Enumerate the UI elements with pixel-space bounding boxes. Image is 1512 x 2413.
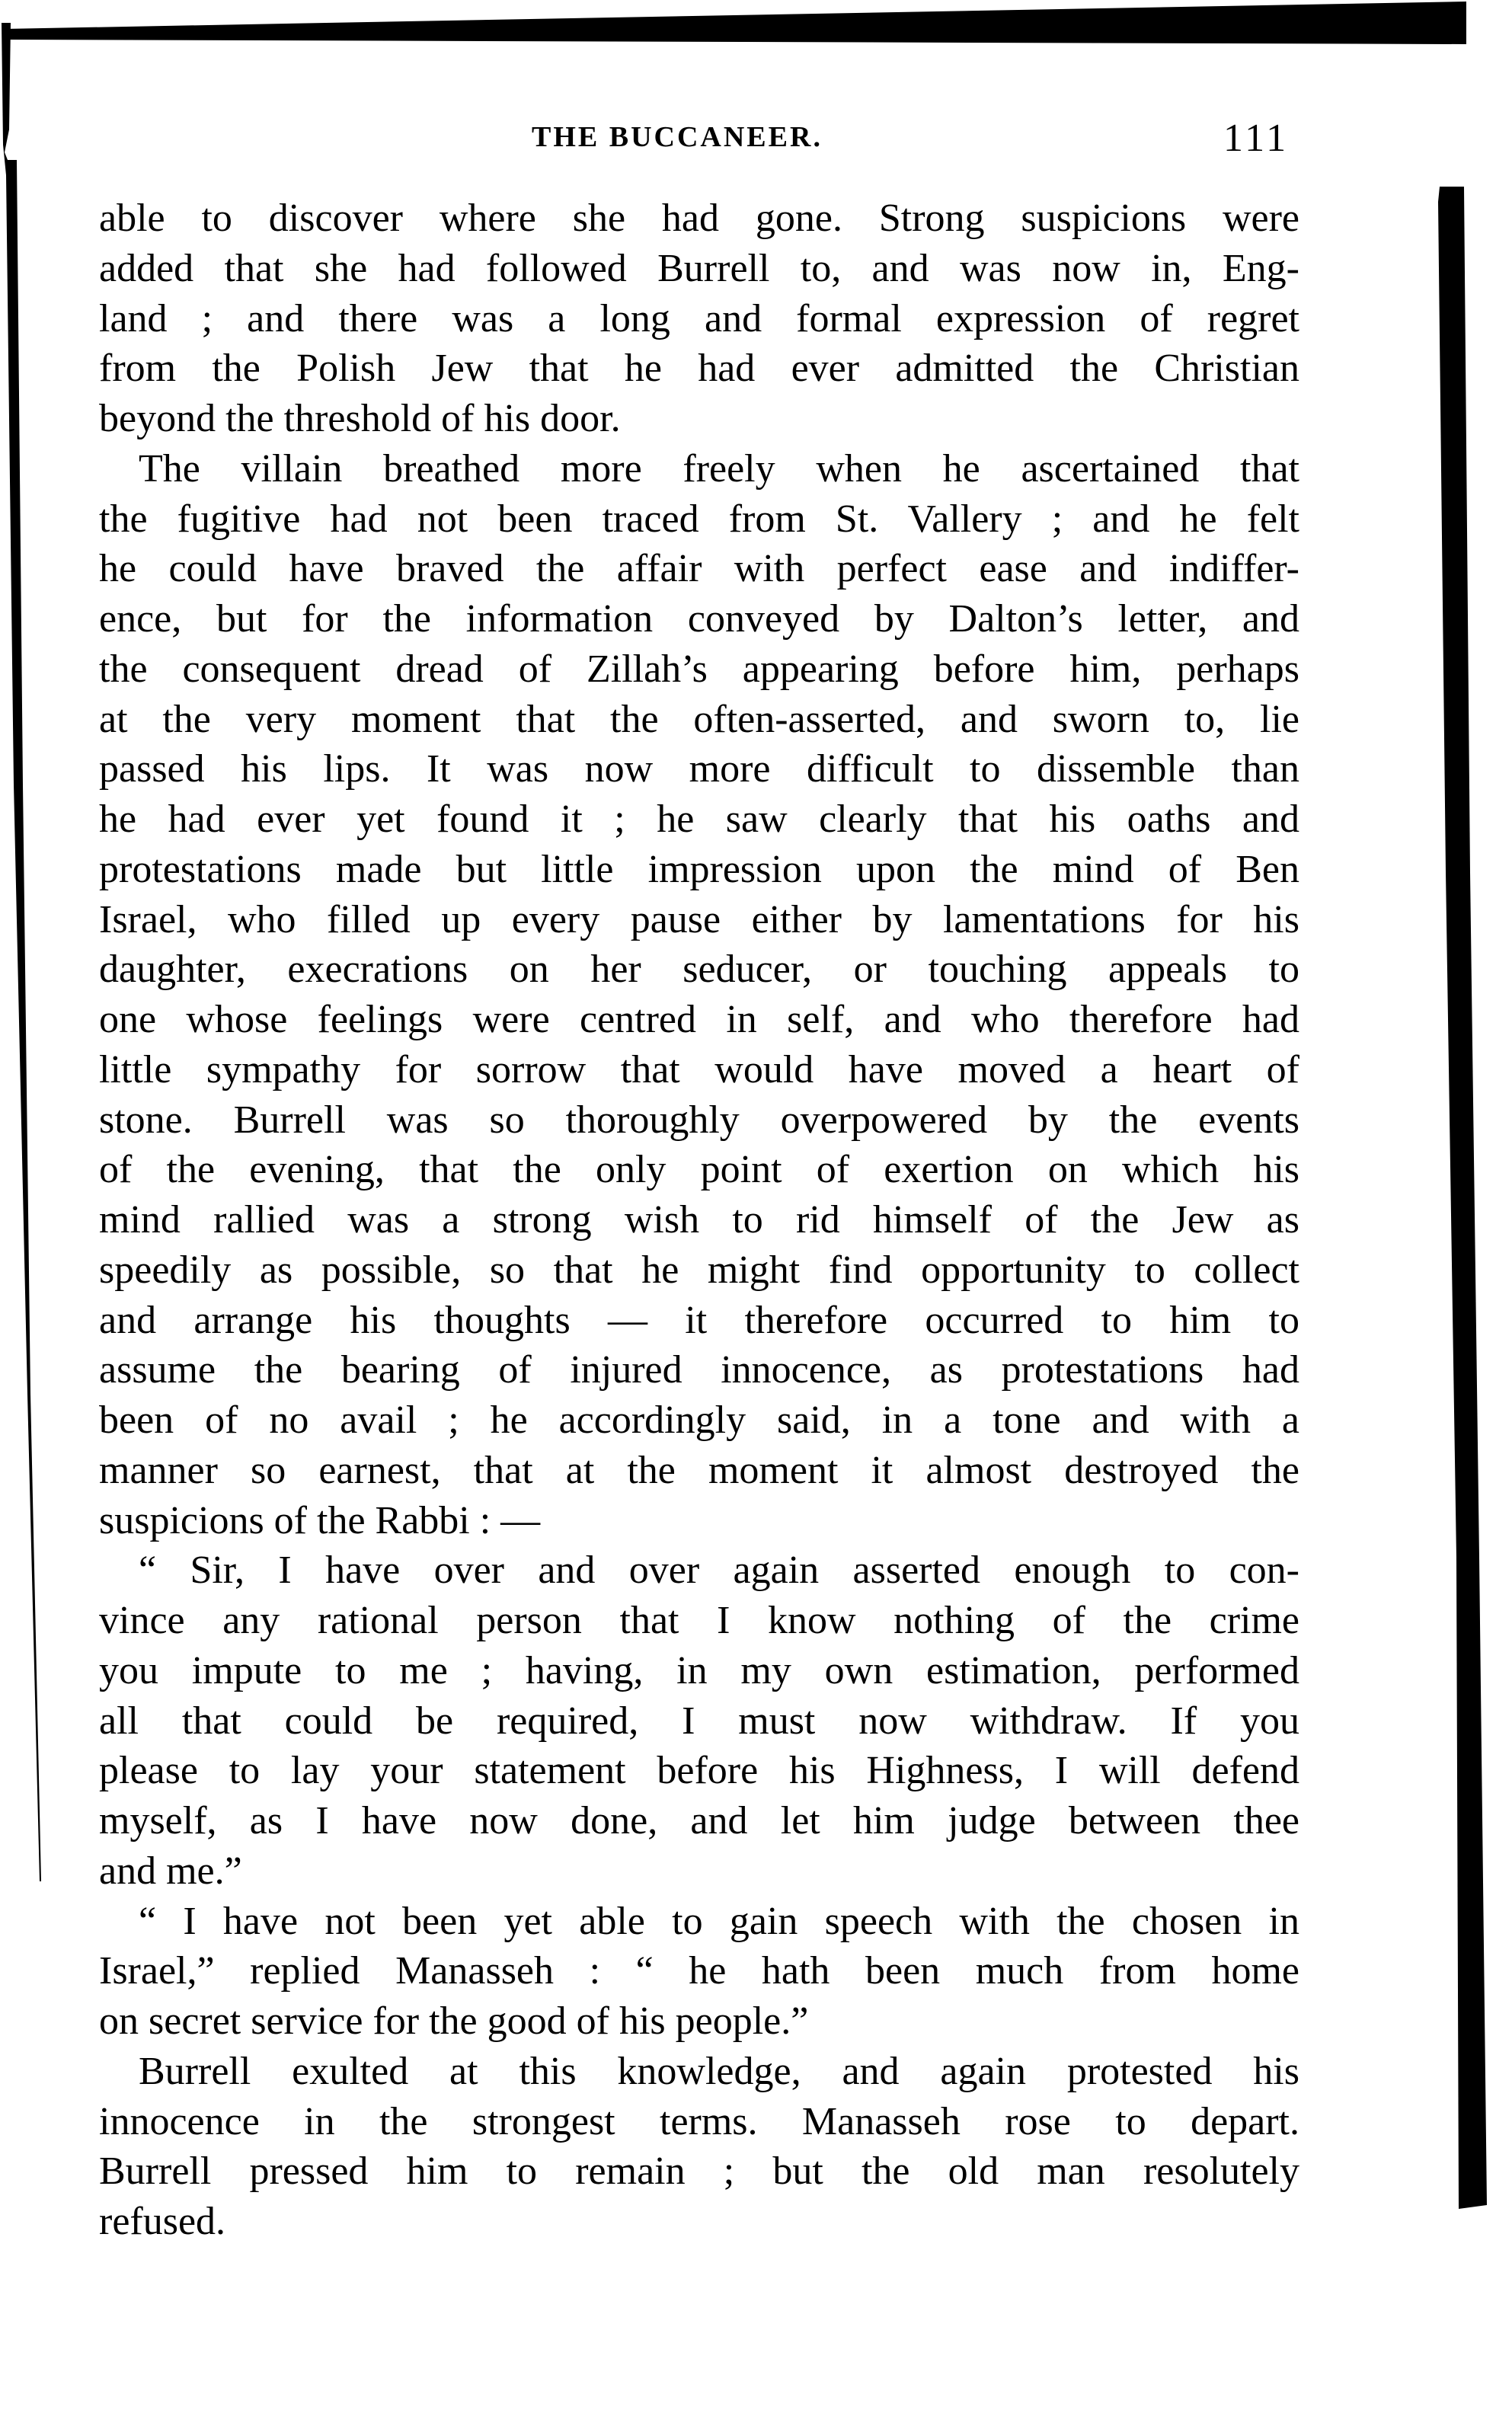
text-line: you impute to me ; having, in my own est… bbox=[99, 1646, 1299, 1696]
text-line: vince any rational person that I know no… bbox=[99, 1596, 1299, 1646]
text-line: manner so earnest, that at the moment it… bbox=[99, 1446, 1299, 1496]
scan-left-border bbox=[0, 23, 46, 2232]
text-line: ence, but for the information conveyed b… bbox=[99, 594, 1299, 644]
text-line: suspicions of the Rabbi : — bbox=[99, 1496, 1299, 1546]
text-line: innocence in the strongest terms. Manass… bbox=[99, 2097, 1299, 2147]
paragraph-start-line: “ Sir, I have over and over again assert… bbox=[99, 1545, 1299, 1596]
text-line: land ; and there was a long and formal e… bbox=[99, 294, 1299, 344]
text-line: from the Polish Jew that he had ever adm… bbox=[99, 344, 1299, 394]
text-line: been of no avail ; he accordingly said, … bbox=[99, 1395, 1299, 1446]
text-line: Israel, who filled up every pause either… bbox=[99, 895, 1299, 945]
text-line: myself, as I have now done, and let him … bbox=[99, 1796, 1299, 1846]
text-line: he had ever yet found it ; he saw clearl… bbox=[99, 794, 1299, 845]
text-line: little sympathy for sorrow that would ha… bbox=[99, 1045, 1299, 1095]
text-line: able to discover where she had gone. Str… bbox=[99, 193, 1299, 244]
text-line: Burrell pressed him to remain ; but the … bbox=[99, 2146, 1299, 2197]
text-line: speedily as possible, so that he might f… bbox=[99, 1245, 1299, 1296]
text-line: he could have braved the affair with per… bbox=[99, 544, 1299, 594]
running-title: THE BUCCANEER. bbox=[532, 120, 823, 154]
paragraph-start-line: The villain breathed more freely when he… bbox=[99, 444, 1299, 494]
text-line: added that she had followed Burrell to, … bbox=[99, 244, 1299, 294]
text-line: and me.” bbox=[99, 1846, 1299, 1897]
text-line: the consequent dread of Zillah’s appeari… bbox=[99, 644, 1299, 695]
text-line: passed his lips. It was now more difficu… bbox=[99, 744, 1299, 794]
page-number: 111 bbox=[1223, 116, 1289, 161]
text-line: stone. Burrell was so thoroughly overpow… bbox=[99, 1095, 1299, 1146]
text-line: please to lay your statement before his … bbox=[99, 1746, 1299, 1796]
text-line: assume the bearing of injured innocence,… bbox=[99, 1345, 1299, 1395]
text-line: Israel,” replied Manasseh : “ he hath be… bbox=[99, 1946, 1299, 1996]
text-line: refused. bbox=[99, 2197, 1299, 2247]
text-line: daughter, execrations on her seducer, or… bbox=[99, 944, 1299, 995]
text-line: all that could be required, I must now w… bbox=[99, 1696, 1299, 1747]
text-line: mind rallied was a strong wish to rid hi… bbox=[99, 1195, 1299, 1245]
text-line: the fugitive had not been traced from St… bbox=[99, 494, 1299, 545]
body-text: able to discover where she had gone. Str… bbox=[99, 193, 1299, 2247]
text-line: protestations made but little impression… bbox=[99, 845, 1299, 895]
paragraph-start-line: Burrell exulted at this knowledge, and a… bbox=[99, 2047, 1299, 2097]
text-line: at the very moment that the often-assert… bbox=[99, 695, 1299, 745]
text-line: on secret service for the good of his pe… bbox=[99, 1996, 1299, 2047]
paragraph-start-line: “ I have not been yet able to gain speec… bbox=[99, 1897, 1299, 1947]
text-line: one whose feelings were centred in self,… bbox=[99, 995, 1299, 1045]
scan-right-border bbox=[1424, 187, 1512, 2209]
text-line: and arrange his thoughts — it therefore … bbox=[99, 1296, 1299, 1346]
running-head: THE BUCCANEER. 111 bbox=[0, 116, 1512, 158]
text-line: of the evening, that the only point of e… bbox=[99, 1145, 1299, 1195]
scan-top-border bbox=[0, 0, 1512, 61]
text-line: beyond the threshold of his door. bbox=[99, 394, 1299, 444]
